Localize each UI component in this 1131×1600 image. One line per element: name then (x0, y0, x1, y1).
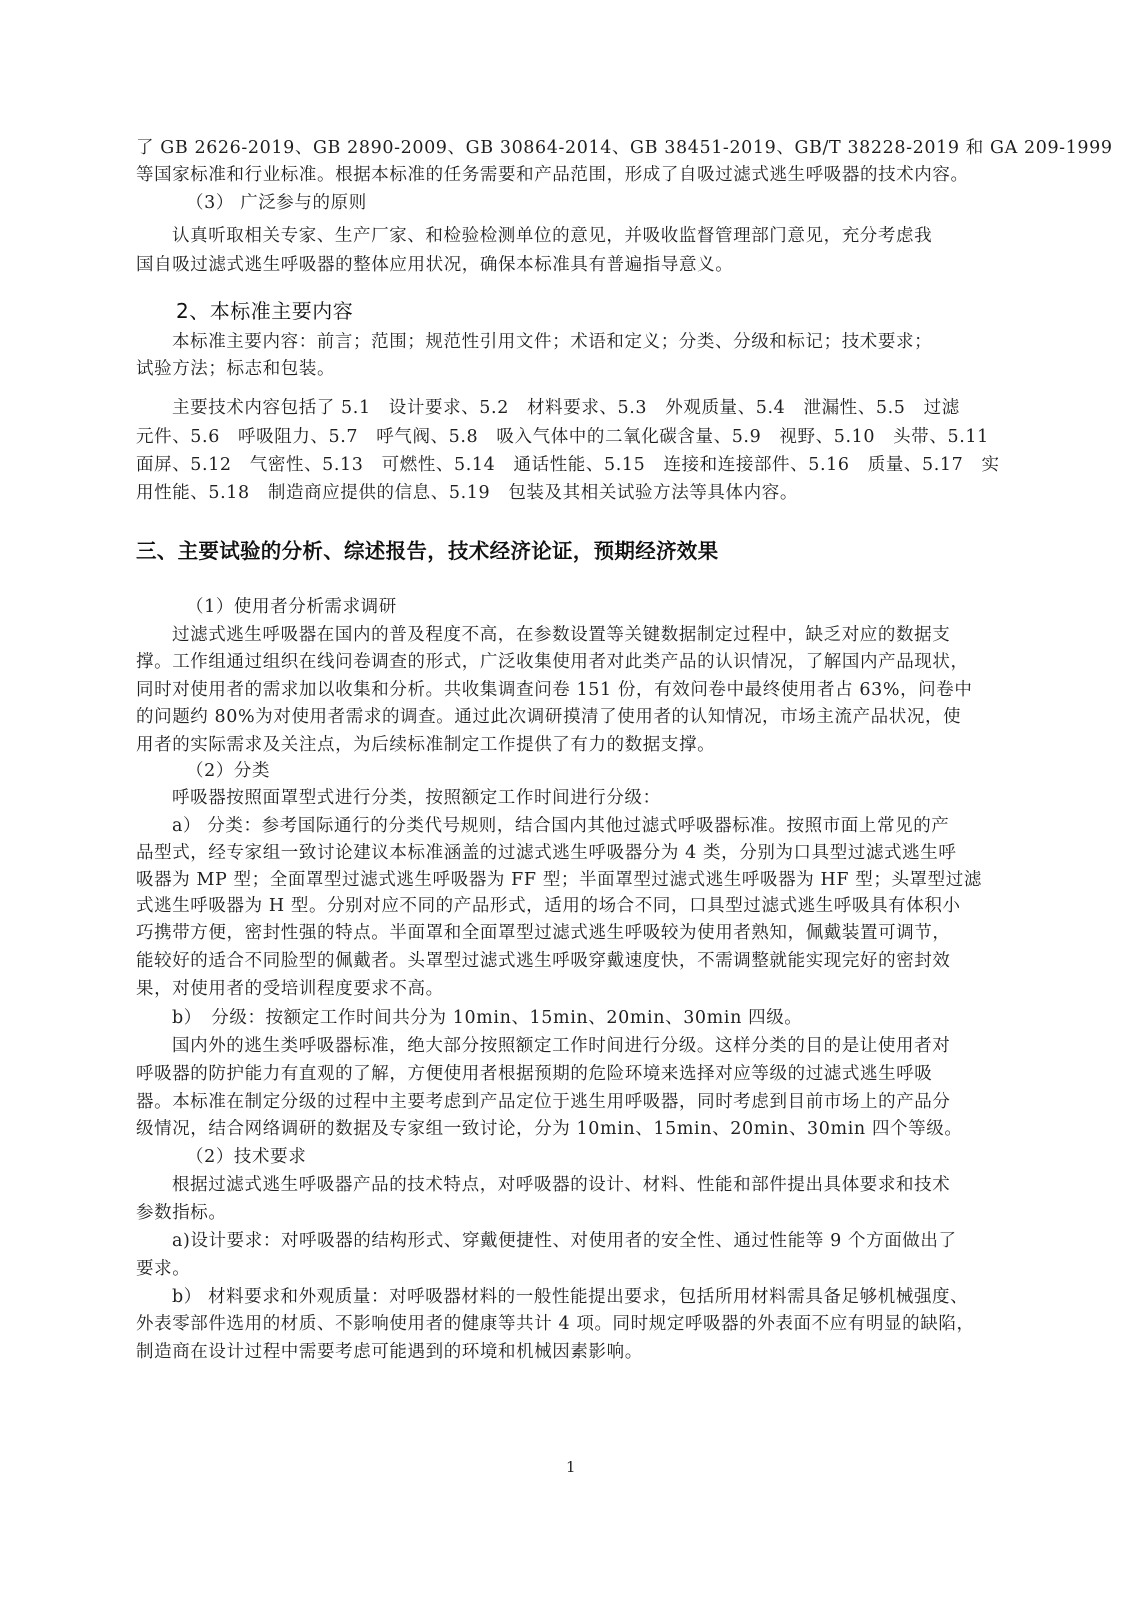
body-line: 认真听取相关专家、生产厂家、和检验检测单位的意见，并吸收监督管理部门意见，充分考… (172, 225, 932, 247)
body-line: 了 GB 2626-2019、GB 2890-2009、GB 30864-201… (136, 137, 1113, 159)
body-line: 国自吸过滤式逃生呼吸器的整体应用状况，确保本标准具有普遍指导意义。 (136, 254, 733, 276)
body-line: 本标准主要内容：前言；范围；规范性引用文件；术语和定义；分类、分级和标记；技术要… (172, 331, 932, 353)
body-line: 国内外的逃生类呼吸器标准，绝大部分按照额定工作时间进行分级。这样分类的目的是让使… (172, 1035, 950, 1057)
body-line: 撑。工作组通过组织在线问卷调查的形式，广泛收集使用者对此类产品的认识情况，了解国… (136, 651, 969, 673)
subsection-title: （3） 广泛参与的原则 (186, 192, 367, 214)
section-heading: 2、本标准主要内容 (176, 298, 353, 324)
body-line: 吸器为 MP 型；全面罩型过滤式逃生呼吸器为 FF 型；半面罩型过滤式逃生呼吸器… (136, 869, 982, 891)
body-line: 级情况，结合网络调研的数据及专家组一致讨论，分为 10min、15min、20m… (136, 1118, 962, 1140)
body-line: 参数指标。 (136, 1202, 227, 1224)
body-line: 式逃生呼吸器为 H 型。分别对应不同的产品形式，适用的场合不同，口具型过滤式逃生… (136, 895, 961, 917)
chapter-heading: 三、主要试验的分析、综述报告，技术经济论证，预期经济效果 (136, 537, 718, 565)
body-line: 的问题约 80%为对使用者需求的调查。通过此次调研摸清了使用者的认知情况，市场主… (136, 706, 961, 728)
body-line: 主要技术内容包括了 5.1 设计要求、5.2 材料要求、5.3 外观质量、5.4… (172, 397, 960, 419)
document-page: 了 GB 2626-2019、GB 2890-2009、GB 30864-201… (0, 0, 1131, 1600)
body-line: a)设计要求：对呼吸器的结构形式、穿戴便捷性、对使用者的安全性、通过性能等 9 … (172, 1230, 957, 1252)
body-line: 根据过滤式逃生呼吸器产品的技术特点，对呼吸器的设计、材料、性能和部件提出具体要求… (172, 1174, 950, 1196)
body-line: 呼吸器按照面罩型式进行分类，按照额定工作时间进行分级： (172, 787, 661, 809)
body-line: a） 分类：参考国际通行的分类代号规则，结合国内其他过滤式呼吸器标准。按照市面上… (172, 815, 949, 837)
body-line: 等国家标准和行业标准。根据本标准的任务需要和产品范围，形成了自吸过滤式逃生呼吸器… (136, 164, 969, 186)
body-line: 品型式，经专家组一致讨论建议本标准涵盖的过滤式逃生呼吸器分为 4 类，分别为口具… (136, 842, 956, 864)
body-line: 用者的实际需求及关注点，为后续标准制定工作提供了有力的数据支撑。 (136, 734, 715, 756)
body-line: 元件、5.6 呼吸阻力、5.7 呼气阀、5.8 吸入气体中的二氧化碳含量、5.9… (136, 426, 989, 448)
body-line: b） 材料要求和外观质量：对呼吸器材料的一般性能提出要求，包括所用材料需具备足够… (172, 1286, 968, 1308)
body-line: 呼吸器的防护能力有直观的了解，方便使用者根据预期的危险环境来选择对应等级的过滤式… (136, 1063, 932, 1085)
body-line: 试验方法；标志和包装。 (136, 358, 335, 380)
body-line: 巧携带方便，密封性强的特点。半面罩和全面罩型过滤式逃生呼吸较为使用者熟知，佩戴装… (136, 922, 951, 944)
body-line: 器。本标准在制定分级的过程中主要考虑到产品定位于逃生用呼吸器，同时考虑到目前市场… (136, 1091, 951, 1113)
body-line: 外表零部件选用的材质、不影响使用者的健康等共计 4 项。同时规定呼吸器的外表面不… (136, 1313, 975, 1335)
body-line: 果，对使用者的受培训程度要求不高。 (136, 978, 444, 1000)
subsection-title: （2）技术要求 (186, 1146, 306, 1168)
body-line: 用性能、5.18 制造商应提供的信息、5.19 包装及其相关试验方法等具体内容。 (136, 482, 798, 504)
body-line: 能较好的适合不同脸型的佩戴者。头罩型过滤式逃生呼吸穿戴速度快，不需调整就能实现完… (136, 950, 951, 972)
body-line: 制造商在设计过程中需要考虑可能遇到的环境和机械因素影响。 (136, 1341, 643, 1363)
body-line: 要求。 (136, 1258, 190, 1280)
page-number: 1 (566, 1458, 576, 1476)
subsection-title: （2）分类 (186, 760, 270, 782)
body-line: 同时对使用者的需求加以收集和分析。共收集调查问卷 151 份，有效问卷中最终使用… (136, 679, 972, 701)
subsection-title: （1）使用者分析需求调研 (186, 596, 397, 618)
body-line: 面屏、5.12 气密性、5.13 可燃性、5.14 通话性能、5.15 连接和连… (136, 454, 1000, 476)
body-line: 过滤式逃生呼吸器在国内的普及程度不高，在参数设置等关键数据制定过程中，缺乏对应的… (172, 624, 950, 646)
body-line: b） 分级：按额定工作时间共分为 10min、15min、20min、30min… (172, 1007, 802, 1029)
